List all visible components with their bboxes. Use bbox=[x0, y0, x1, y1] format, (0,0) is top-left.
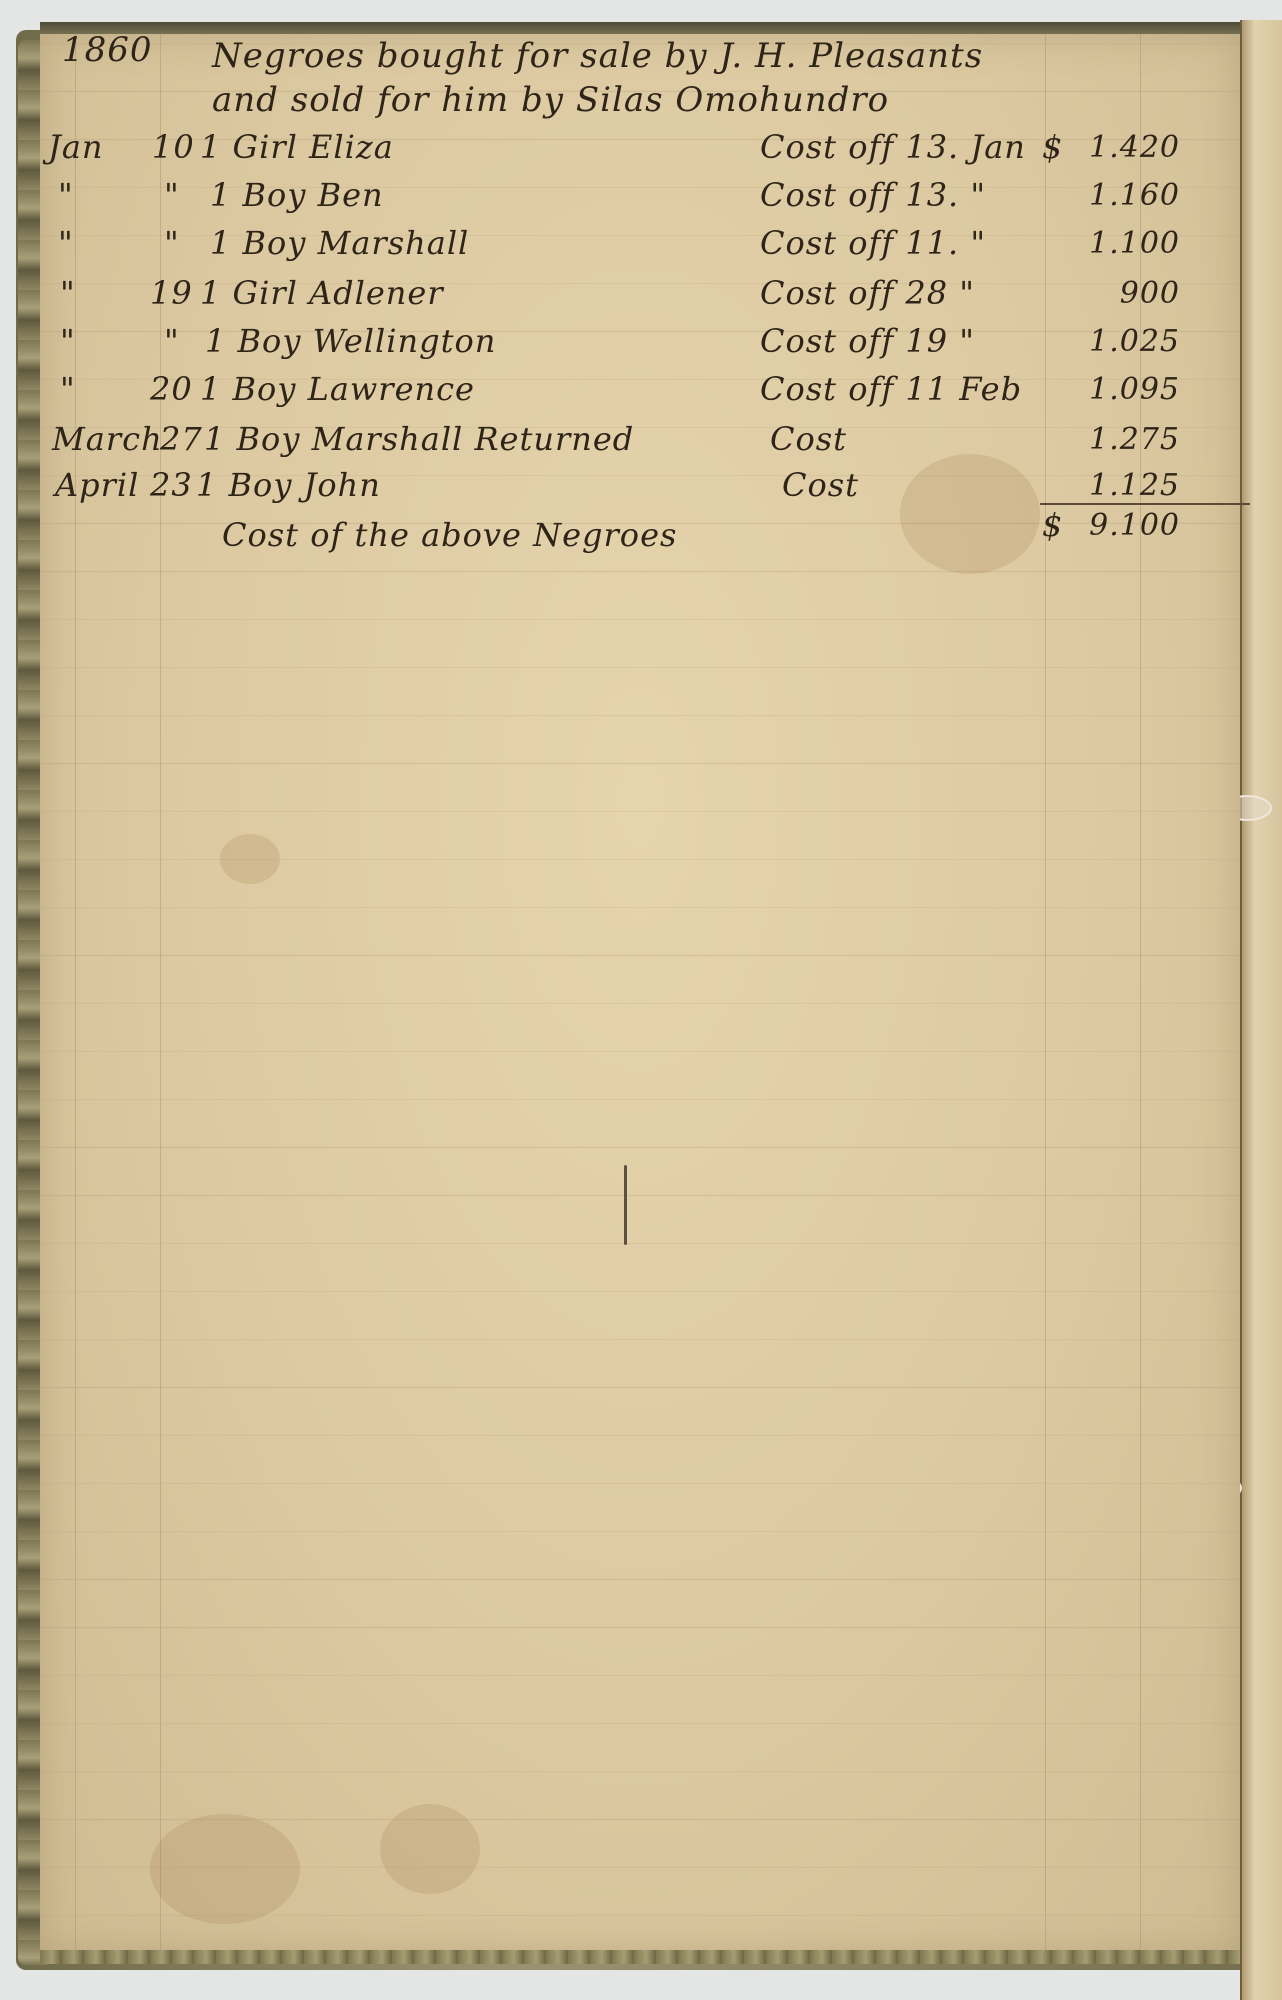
entry-description: 1 Boy Marshall Returned bbox=[204, 420, 634, 458]
entry-month: March bbox=[52, 420, 163, 458]
entry-description: 1 Boy Marshall bbox=[210, 224, 469, 262]
entry-amount: 1.095 bbox=[1030, 372, 1180, 407]
entry-month: Jan bbox=[48, 128, 104, 166]
stain bbox=[150, 1814, 300, 1924]
entry-note: Cost off 19 " bbox=[760, 322, 975, 360]
entry-month: " bbox=[58, 176, 74, 214]
entry-amount: 1.420 bbox=[1030, 130, 1180, 165]
entry-day: " bbox=[164, 176, 180, 214]
entry-note: Cost off 28 " bbox=[760, 274, 975, 312]
entry-month: " bbox=[60, 370, 76, 408]
entry-day: 23 bbox=[150, 466, 193, 504]
entry-note: Cost off 13. " bbox=[760, 176, 986, 214]
stain bbox=[220, 834, 280, 884]
sum-underline bbox=[1040, 503, 1250, 505]
entry-note: Cost bbox=[782, 466, 859, 504]
amount-column-rule bbox=[1045, 34, 1046, 1954]
entry-note: Cost off 11. " bbox=[760, 224, 986, 262]
entry-month: April bbox=[55, 466, 139, 504]
ledger-year: 1860 bbox=[62, 30, 153, 70]
total-amount: 9.100 bbox=[1030, 508, 1180, 543]
ledger-heading-line1: Negroes bought for sale by J. H. Pleasan… bbox=[212, 36, 983, 76]
entry-amount: 1.160 bbox=[1030, 178, 1180, 213]
entry-description: 1 Boy Wellington bbox=[205, 322, 496, 360]
entry-description: 1 Boy John bbox=[196, 466, 381, 504]
entry-amount: 900 bbox=[1030, 276, 1180, 311]
entry-month: " bbox=[58, 224, 74, 262]
entry-note: Cost off 13. Jan bbox=[760, 128, 1026, 166]
date-column-rule bbox=[160, 34, 161, 1954]
adjacent-page-edge bbox=[1240, 20, 1282, 2000]
stain bbox=[380, 1804, 480, 1894]
stain bbox=[900, 454, 1040, 574]
entry-amount: 1.125 bbox=[1030, 468, 1180, 503]
bottom-binding-edge bbox=[40, 1950, 1240, 1964]
entry-day: 27 bbox=[160, 420, 203, 458]
total-label: Cost of the above Negroes bbox=[222, 516, 677, 554]
cents-column-rule bbox=[1140, 34, 1141, 1954]
entry-amount: 1.025 bbox=[1030, 324, 1180, 359]
ledger-heading-line2: and sold for him by Silas Omohundro bbox=[212, 80, 889, 120]
entry-day: 10 bbox=[152, 128, 195, 166]
entry-day: " bbox=[164, 322, 180, 360]
entry-description: 1 Boy Lawrence bbox=[200, 370, 475, 408]
entry-note: Cost bbox=[770, 420, 847, 458]
entry-note: Cost off 11 Feb bbox=[760, 370, 1022, 408]
entry-description: 1 Girl Eliza bbox=[200, 128, 394, 166]
entry-month: " bbox=[60, 322, 76, 360]
entry-day: " bbox=[164, 224, 180, 262]
entry-amount: 1.100 bbox=[1030, 226, 1180, 261]
ink-scratch bbox=[624, 1165, 627, 1245]
entry-amount: 1.275 bbox=[1030, 422, 1180, 457]
entry-description: 1 Girl Adlener bbox=[200, 274, 444, 312]
entry-description: 1 Boy Ben bbox=[210, 176, 384, 214]
entry-month: " bbox=[60, 274, 76, 312]
entry-day: 19 bbox=[150, 274, 193, 312]
entry-day: 20 bbox=[150, 370, 193, 408]
